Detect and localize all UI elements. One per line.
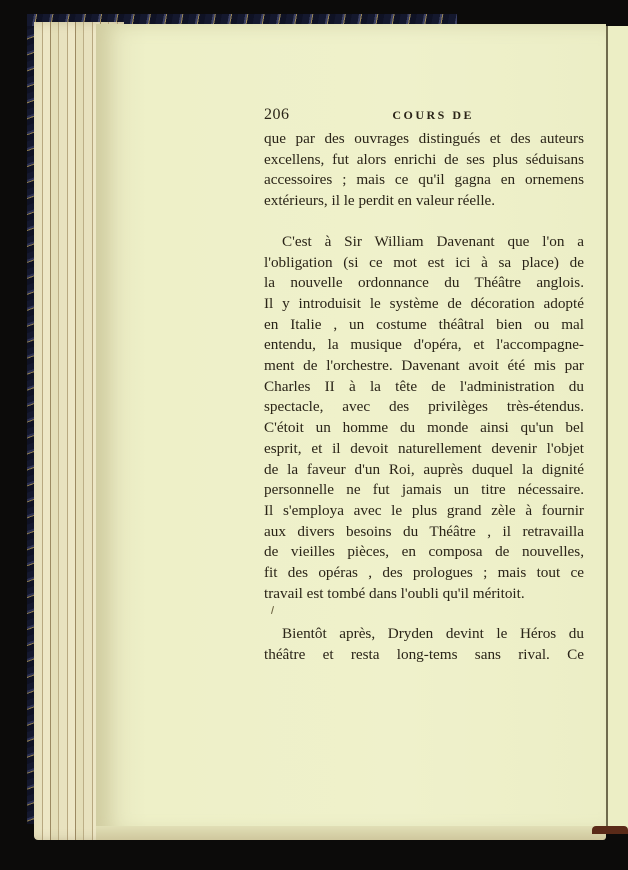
text-line: en Italie , un costume théâtral bien ou … [264, 315, 584, 336]
page-number: 206 [264, 105, 290, 126]
text-line: Il s'employa avec le plus grand zèle à f… [264, 501, 584, 522]
book-scan: 206 COURS DE que par des ouvrages distin… [0, 0, 628, 870]
text-line: de la faveur d'un Roi, auprès duquel la … [264, 460, 584, 481]
text-line: aux divers besoins du Théâtre , il retra… [264, 522, 584, 543]
text-line: C'étoit un homme du monde ainsi qu'un be… [264, 418, 584, 439]
text-line: spectacle, avec des privilèges très-éten… [264, 397, 584, 418]
text-line: l'obligation (si ce mot est ici à sa pla… [264, 253, 584, 274]
paragraph-2: C'est à Sir William Davenant que l'on a … [264, 232, 584, 605]
running-head: 206 COURS DE [264, 105, 584, 127]
text-line: de vieilles pièces, en composa de nouvel… [264, 542, 584, 563]
page-text: 206 COURS DE que par des ouvrages distin… [264, 105, 584, 666]
text-line: ment de l'orchestre. Davenant avoit été … [264, 356, 584, 377]
text-line: fit des opéras , des prologues ; mais to… [264, 563, 584, 584]
paragraph-1: que par des ouvrages distingués et des a… [264, 129, 584, 212]
text-line: C'est à Sir William Davenant que l'on a [264, 232, 584, 253]
binding-shadow [592, 826, 628, 834]
text-line: que par des ouvrages distingués et des a… [264, 129, 584, 150]
text-line: théâtre et resta long-tems sans rival. C… [264, 645, 584, 666]
text-line: la nouvelle ordonnance du Théâtre angloi… [264, 273, 584, 294]
running-head-title: COURS DE [392, 105, 474, 126]
text-line: personnelle ne fut jamais un titre néces… [264, 480, 584, 501]
text-line: extérieurs, il le perdit en valeur réell… [264, 191, 584, 212]
page-bottom-edge [96, 826, 606, 840]
text-line: entendu, la musique d'opéra, et l'accomp… [264, 335, 584, 356]
text-line: esprit, et il devoit naturellement deven… [264, 439, 584, 460]
text-line: excellens, fut alors enrichi de ses plus… [264, 150, 584, 171]
text-line: travail est tombé dans l'oubli qu'il mér… [264, 584, 584, 605]
paragraph-gap [264, 212, 584, 232]
text-line: accessoires ; mais ce qu'il gagna en orn… [264, 170, 584, 191]
text-line: Il y introduisit le système de décoratio… [264, 294, 584, 315]
paragraph-3: Bientôt après, Dryden devint le Héros du… [264, 624, 584, 665]
facing-page-edge [606, 26, 628, 834]
text-line: Charles II à la tête de l'administration… [264, 377, 584, 398]
paragraph-gap [264, 604, 584, 624]
text-line: Bientôt après, Dryden devint le Héros du [264, 624, 584, 645]
